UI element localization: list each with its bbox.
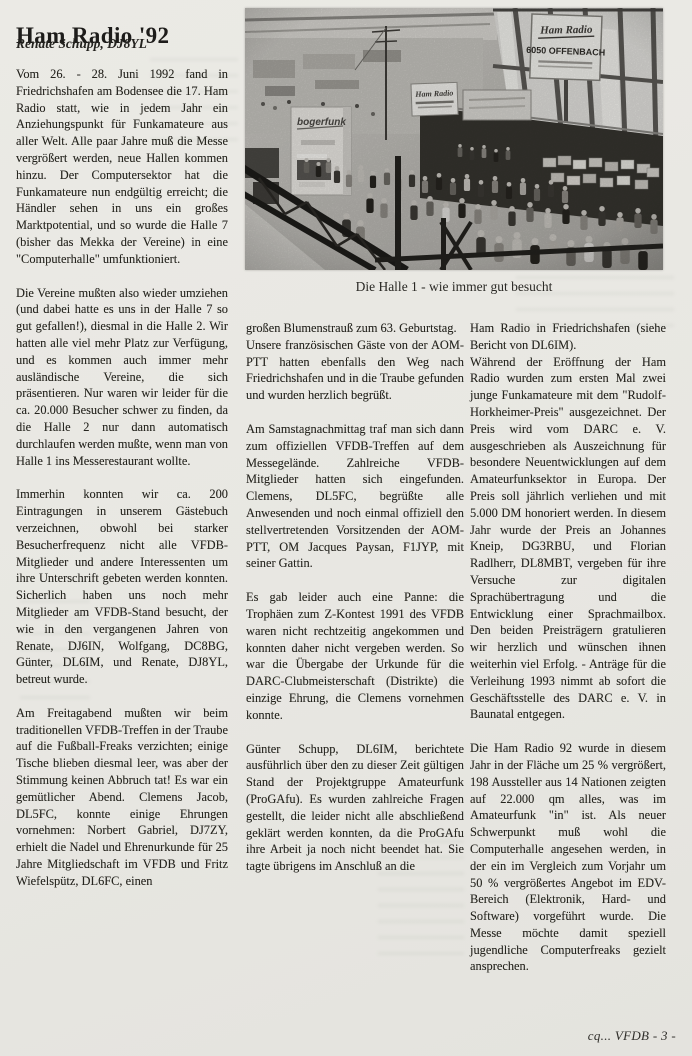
photo-caption: Die Halle 1 - wie immer gut besucht — [245, 279, 663, 295]
paragraph: Es gab leider auch eine Panne: die Troph… — [246, 589, 464, 723]
paragraph: Während der Eröffnung der Ham Radio wurd… — [470, 354, 666, 724]
paragraph: Am Freitagabend mußten wir beim traditio… — [16, 705, 228, 890]
exhibition-photo-illustration: Ham Radio 6050 OFFENBACH Ham Radio — [245, 8, 663, 270]
paragraph: Ham Radio in Friedrichshafen (siehe Beri… — [470, 320, 666, 354]
scanned-magazine-page: { "page": { "title": "Ham Radio '92", "a… — [0, 0, 692, 1056]
page-number-footer: cq... VFDB - 3 - — [588, 1028, 676, 1044]
paragraph: großen Blumenstrauß zum 63. Geburtstag. — [246, 320, 464, 337]
article-column-left: Vom 26. - 28. Juni 1992 fand in Friedric… — [16, 66, 228, 907]
paragraph: Die Ham Radio 92 wurde in diesem Jahr in… — [470, 740, 666, 975]
paragraph: Unsere französischen Gäste von der AOM-P… — [246, 337, 464, 404]
article-column-middle: großen Blumenstrauß zum 63. Geburtstag. … — [246, 320, 464, 892]
paragraph: Am Samstagnachmittag traf man sich dann … — [246, 421, 464, 572]
article-column-right: Ham Radio in Friedrichshafen (siehe Beri… — [470, 320, 666, 992]
paragraph: Immerhin konnten wir ca. 200 Eintragunge… — [16, 486, 228, 688]
paragraph: Günter Schupp, DL6IM, berichtete ausführ… — [246, 741, 464, 875]
exhibition-photo: Ham Radio 6050 OFFENBACH Ham Radio — [245, 8, 663, 270]
author-byline: Renate Schupp, DJ8YL — [16, 36, 246, 52]
paragraph: Vom 26. - 28. Juni 1992 fand in Friedric… — [16, 66, 228, 268]
paragraph: Die Vereine mußten also wieder umziehen … — [16, 285, 228, 470]
